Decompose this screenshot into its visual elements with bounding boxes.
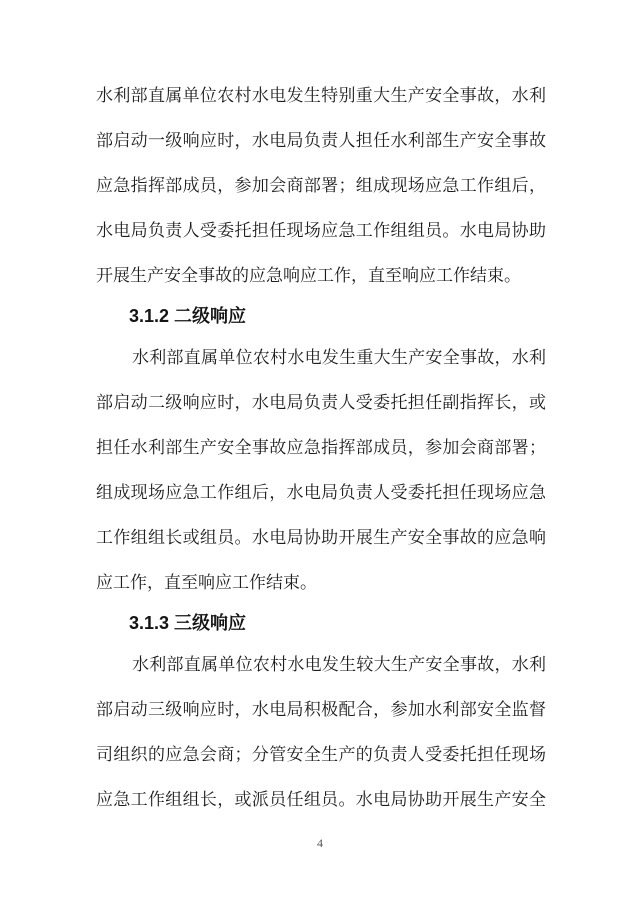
section-heading-3-1-3: 3.1.3 三级响应	[96, 605, 546, 642]
text-line: 司组织的应急会商；分管安全生产的负责人受委托担任现场	[96, 732, 546, 777]
page-content: 水利部直属单位农村水电发生特别重大生产安全事故，水利 部启动一级响应时，水电局负…	[96, 73, 546, 822]
paragraph-1: 水利部直属单位农村水电发生特别重大生产安全事故，水利 部启动一级响应时，水电局负…	[96, 73, 546, 298]
text-line: 应急工作组组长，或派员任组员。水电局协助开展生产安全	[96, 777, 546, 822]
text-line: 组成现场应急工作组后，水电局负责人受委托担任现场应急	[96, 470, 546, 515]
paragraph-3: 水利部直属单位农村水电发生较大生产安全事故，水利 部启动三级响应时，水电局积极配…	[96, 642, 546, 822]
text-line: 工作组组长或组员。水电局协助开展生产安全事故的应急响	[96, 515, 546, 560]
text-line: 水利部直属单位农村水电发生特别重大生产安全事故，水利	[96, 73, 546, 118]
text-line: 水利部直属单位农村水电发生重大生产安全事故，水利	[96, 335, 546, 380]
document-page: 水利部直属单位农村水电发生特别重大生产安全事故，水利 部启动一级响应时，水电局负…	[0, 0, 640, 905]
page-number: 4	[0, 833, 640, 853]
paragraph-2: 水利部直属单位农村水电发生重大生产安全事故，水利 部启动二级响应时，水电局负责人…	[96, 335, 546, 605]
text-line: 担任水利部生产安全事故应急指挥部成员，参加会商部署；	[96, 425, 546, 470]
text-line: 应急指挥部成员，参加会商部署；组成现场应急工作组后，	[96, 163, 546, 208]
text-line: 部启动三级响应时，水电局积极配合，参加水利部安全监督	[96, 687, 546, 732]
text-line: 部启动二级响应时，水电局负责人受委托担任副指挥长，或	[96, 380, 546, 425]
text-line: 部启动一级响应时，水电局负责人担任水利部生产安全事故	[96, 118, 546, 163]
text-line: 应工作，直至响应工作结束。	[96, 560, 546, 605]
text-line: 开展生产安全事故的应急响应工作，直至响应工作结束。	[96, 253, 546, 298]
text-line: 水利部直属单位农村水电发生较大生产安全事故，水利	[96, 642, 546, 687]
section-heading-3-1-2: 3.1.2 二级响应	[96, 298, 546, 335]
text-line: 水电局负责人受委托担任现场应急工作组组员。水电局协助	[96, 208, 546, 253]
